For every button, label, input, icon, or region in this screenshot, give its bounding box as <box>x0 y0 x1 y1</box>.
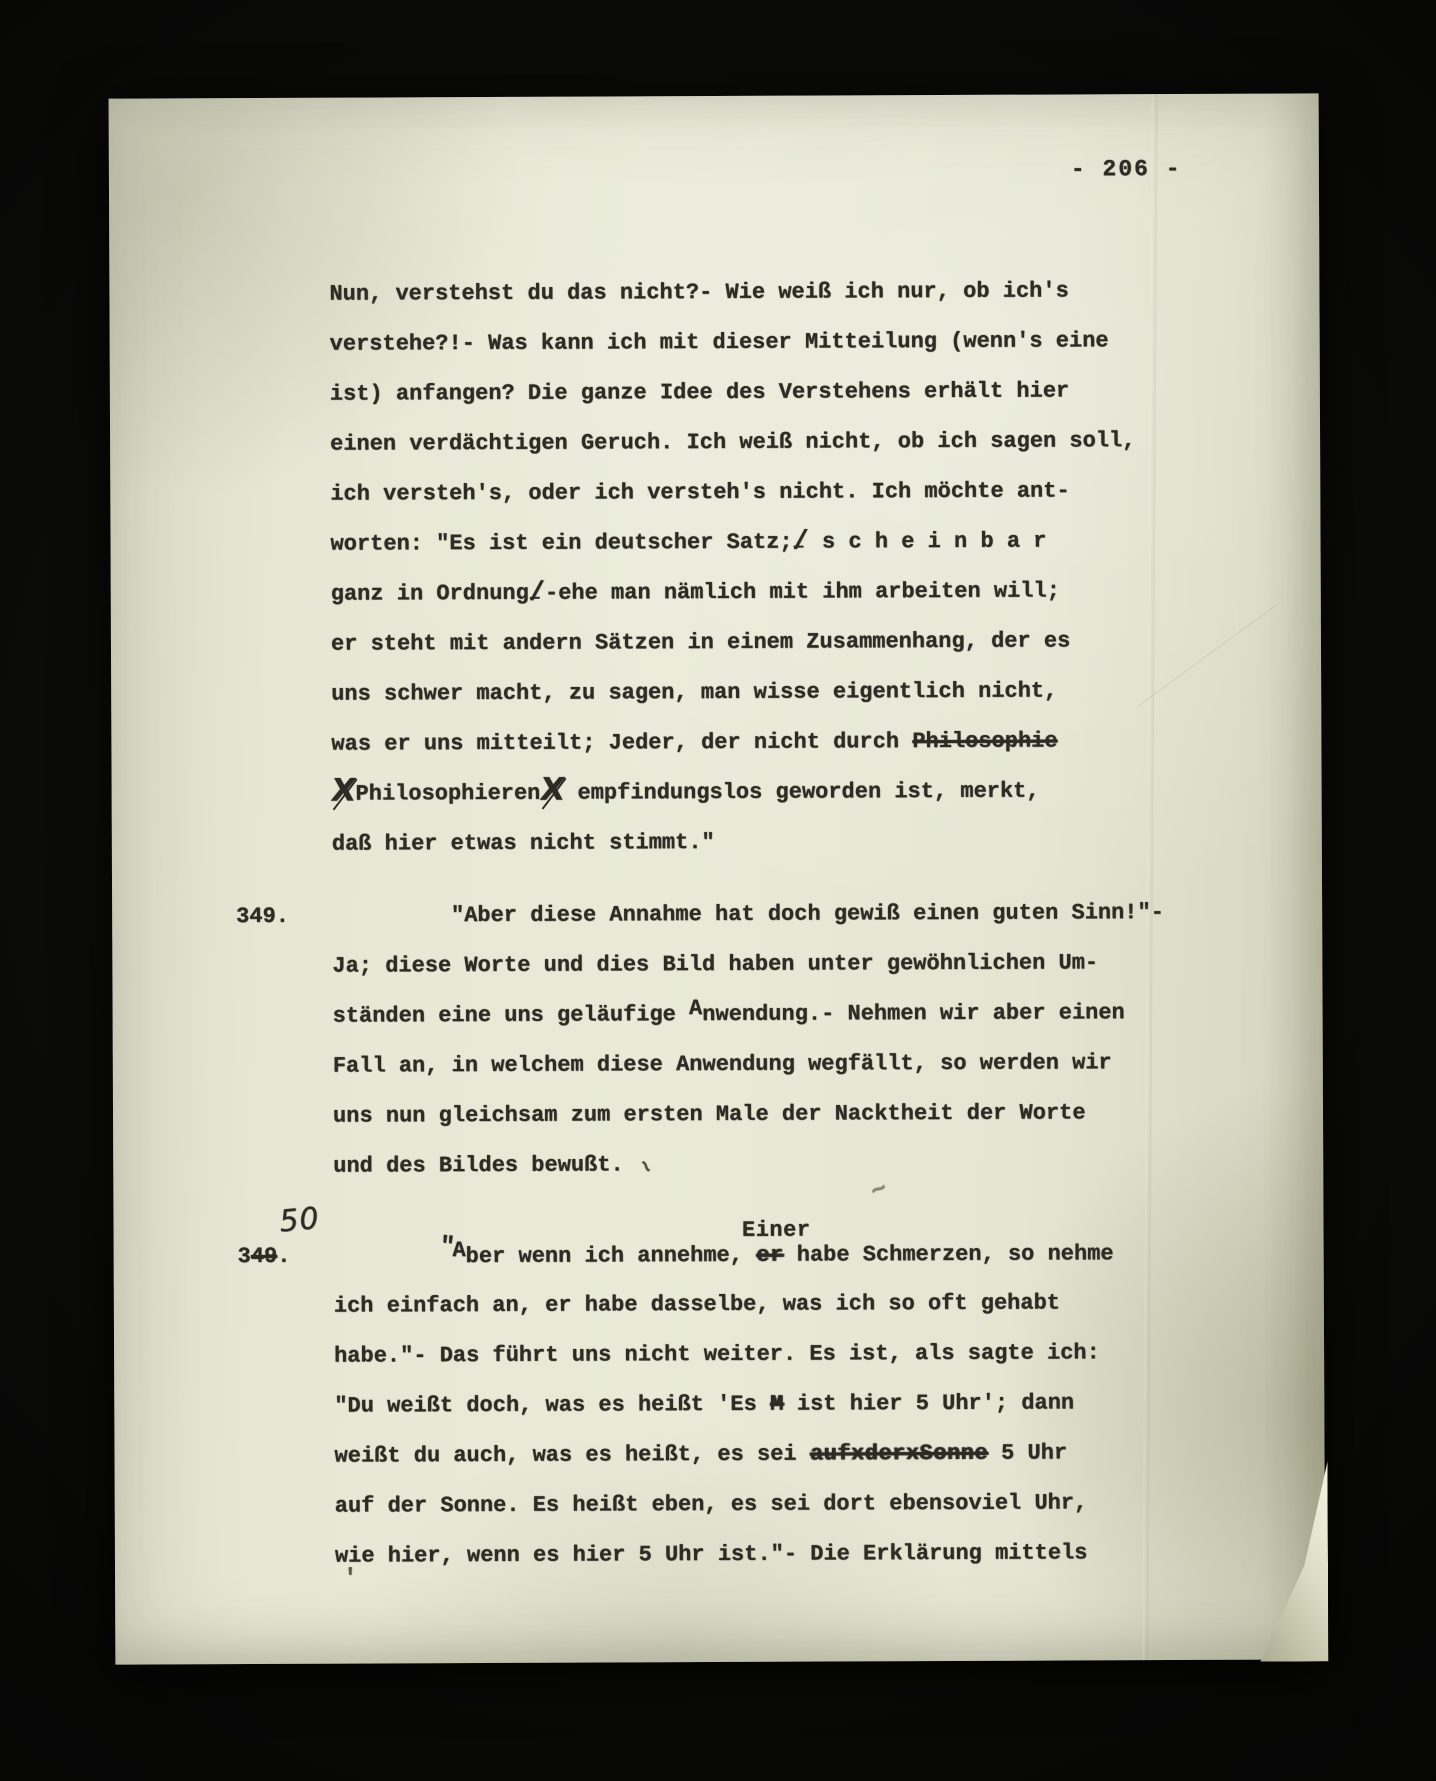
typed-text: ist hier 5 Uhr'; dann <box>784 1390 1075 1416</box>
typed-text: worten: "Es ist ein deutscher Satz; <box>330 530 792 557</box>
typed-text: s c h e i n b a r <box>809 529 1047 555</box>
typed-text: 3 <box>238 1244 251 1269</box>
section-349: 349. "Aber diese Annahme hat doch gewiß … <box>332 898 1193 1202</box>
section-number-349: 349. <box>236 902 289 932</box>
typed-text: was er uns mitteilt; Jeder, der nicht du… <box>331 729 912 757</box>
typewritten-line: uns schwer macht, zu sagen, man wisse ei… <box>331 676 1191 730</box>
typewritten-line: weißt du auch, was es heißt, es sei aufx… <box>334 1438 1194 1492</box>
typed-text: wie hier, wenn es hier 5 Uhr ist."- Die … <box>335 1540 1088 1568</box>
typewritten-line: ich versteh's, oder ich versteh's nicht.… <box>330 476 1190 530</box>
strike-mark: 49 <box>251 1244 278 1269</box>
typewritten-line: worten: "Es ist ein deutscher Satz;/ s c… <box>330 526 1190 580</box>
typed-text: nwendung.- Nehmen wir aber einen <box>702 1000 1125 1027</box>
typewritten-line: wie hier, wenn es hier 5 Uhr ist."- Die … <box>335 1538 1195 1592</box>
typed-text: und des Bildes bewußt. <box>333 1152 624 1178</box>
hand-x-mark: X <box>330 781 357 801</box>
typewritten-line: Nun, verstehst du das nicht?- Wie weiß i… <box>329 276 1189 330</box>
inserted-word-above: Einer <box>742 1216 811 1246</box>
typewritten-line: er steht mit andern Sätzen in einem Zusa… <box>331 626 1191 680</box>
section-350: 349.50 "Aber wenn ich annehme, erEiner h… <box>334 1238 1196 1592</box>
photo-background: - 206 - Nun, verstehst du das nicht?- Wi… <box>0 0 1436 1781</box>
typed-text: "Aber diese Annahme hat doch gewiß einen… <box>332 900 1164 929</box>
hand-x-mark: X <box>539 780 566 800</box>
typescript-page: - 206 - Nun, verstehst du das nicht?- Wi… <box>109 93 1326 1664</box>
typed-text: habe."- Das führt uns nicht weiter. Es i… <box>334 1340 1100 1368</box>
typewritten-line: ich einfach an, er habe dasselbe, was ic… <box>334 1288 1194 1342</box>
typewritten-line: Ja; diese Worte und dies Bild haben unte… <box>332 948 1192 1002</box>
xstrike-mark: erEiner <box>756 1243 784 1268</box>
typed-text: ständen eine uns geläufige <box>333 1002 690 1029</box>
handwritten-correction-number: 50 <box>278 1204 321 1238</box>
typed-text: ich versteh's, oder ich versteh's nicht.… <box>330 478 1069 506</box>
typewritten-line: auf der Sonne. Es heißt eben, es sei dor… <box>335 1488 1195 1542</box>
typewritten-line: XPhilosophierenX empfindungslos geworden… <box>332 776 1192 830</box>
typed-text: Ja; diese Worte und dies Bild haben unte… <box>332 950 1098 978</box>
typed-text: empfindungslos geworden ist, merkt, <box>564 779 1039 806</box>
xstrike-mark: M <box>770 1392 784 1417</box>
typed-text: Philosophieren <box>355 781 540 807</box>
typed-text: 349. <box>236 904 289 929</box>
paper-corner-fold <box>1254 1461 1329 1661</box>
page-number: - 206 - <box>1071 156 1182 182</box>
continued-paragraph: Nun, verstehst du das nicht?- Wie weiß i… <box>329 276 1192 880</box>
typed-text: daß hier etwas nicht stimmt." <box>332 830 715 857</box>
typed-text: uns nun gleichsam zum ersten Male der Na… <box>333 1100 1086 1128</box>
typed-text: Fall an, in welchem diese Anwendung wegf… <box>333 1050 1112 1078</box>
xstrike-mark: aufxderxSonne <box>810 1441 988 1467</box>
typewritten-line: ist) anfangen? Die ganze Idee des Verste… <box>330 376 1190 430</box>
typed-text: einen verdächtigen Geruch. Ich weiß nich… <box>330 428 1135 457</box>
typewritten-line: daß hier etwas nicht stimmt." <box>332 826 1192 880</box>
typed-text: ich einfach an, er habe dasselbe, was ic… <box>334 1291 1060 1319</box>
typewritten-line: habe."- Das führt uns nicht weiter. Es i… <box>334 1338 1194 1392</box>
typed-text: ber wenn ich annehme, <box>466 1243 757 1269</box>
typed-text <box>334 1244 440 1269</box>
hand-slash-mark: / <box>793 533 809 553</box>
hand-slash-mark: / <box>529 584 545 604</box>
typewritten-line: verstehe?!- Was kann ich mit dieser Mitt… <box>330 326 1190 380</box>
section-number-350-corrected: 349.50 <box>238 1242 291 1272</box>
typed-text: Nun, verstehst du das nicht?- Wie weiß i… <box>329 278 1068 306</box>
typewritten-line: und des Bildes bewußt. ~ <box>333 1148 1193 1202</box>
typewritten-line: uns nun gleichsam zum ersten Male der Na… <box>333 1098 1193 1152</box>
typewritten-line: "Aber diese Annahme hat doch gewiß einen… <box>332 898 1192 952</box>
raised-mark: A <box>452 1238 465 1263</box>
typed-text: habe Schmerzen, so nehme <box>783 1241 1113 1267</box>
typed-text: 5 Uhr <box>988 1440 1067 1465</box>
typed-text: . <box>277 1244 290 1269</box>
typed-text: auf der Sonne. Es heißt eben, es sei dor… <box>335 1490 1088 1518</box>
typed-text: -ehe man nämlich mit ihm arbeiten will; <box>545 579 1060 606</box>
typed-text: er steht mit andern Sätzen in einem Zusa… <box>331 628 1070 656</box>
typed-text: uns schwer macht, zu sagen, man wisse ei… <box>331 679 1057 707</box>
typed-text: weißt du auch, was es heißt, es sei <box>334 1442 809 1469</box>
typewritten-line: einen verdächtigen Geruch. Ich weiß nich… <box>330 426 1190 480</box>
typed-text: verstehe?!- Was kann ich mit dieser Mitt… <box>330 328 1109 356</box>
hand-quote-mark: " <box>438 1232 454 1263</box>
raised-mark: A <box>689 996 702 1021</box>
typed-text: "Du weißt doch, was es heißt 'Es <box>334 1392 770 1419</box>
typewritten-line: "Du weißt doch, was es heißt 'Es M ist h… <box>334 1388 1194 1442</box>
typed-text: ganz in Ordnung <box>331 581 529 607</box>
typewritten-line: Fall an, in welchem diese Anwendung wegf… <box>333 1048 1193 1102</box>
typewritten-line: ständen eine uns geläufige Anwendung.- N… <box>333 998 1193 1052</box>
strike-mark: Philosophie <box>912 729 1057 755</box>
typed-text: ist) anfangen? Die ganze Idee des Verste… <box>330 378 1069 406</box>
typewritten-line: was er uns mitteilt; Jeder, der nicht du… <box>331 726 1191 780</box>
typewritten-line: "Aber wenn ich annehme, erEiner habe Sch… <box>334 1238 1194 1292</box>
typewritten-line: ganz in Ordnung/-ehe man nämlich mit ihm… <box>331 576 1191 630</box>
